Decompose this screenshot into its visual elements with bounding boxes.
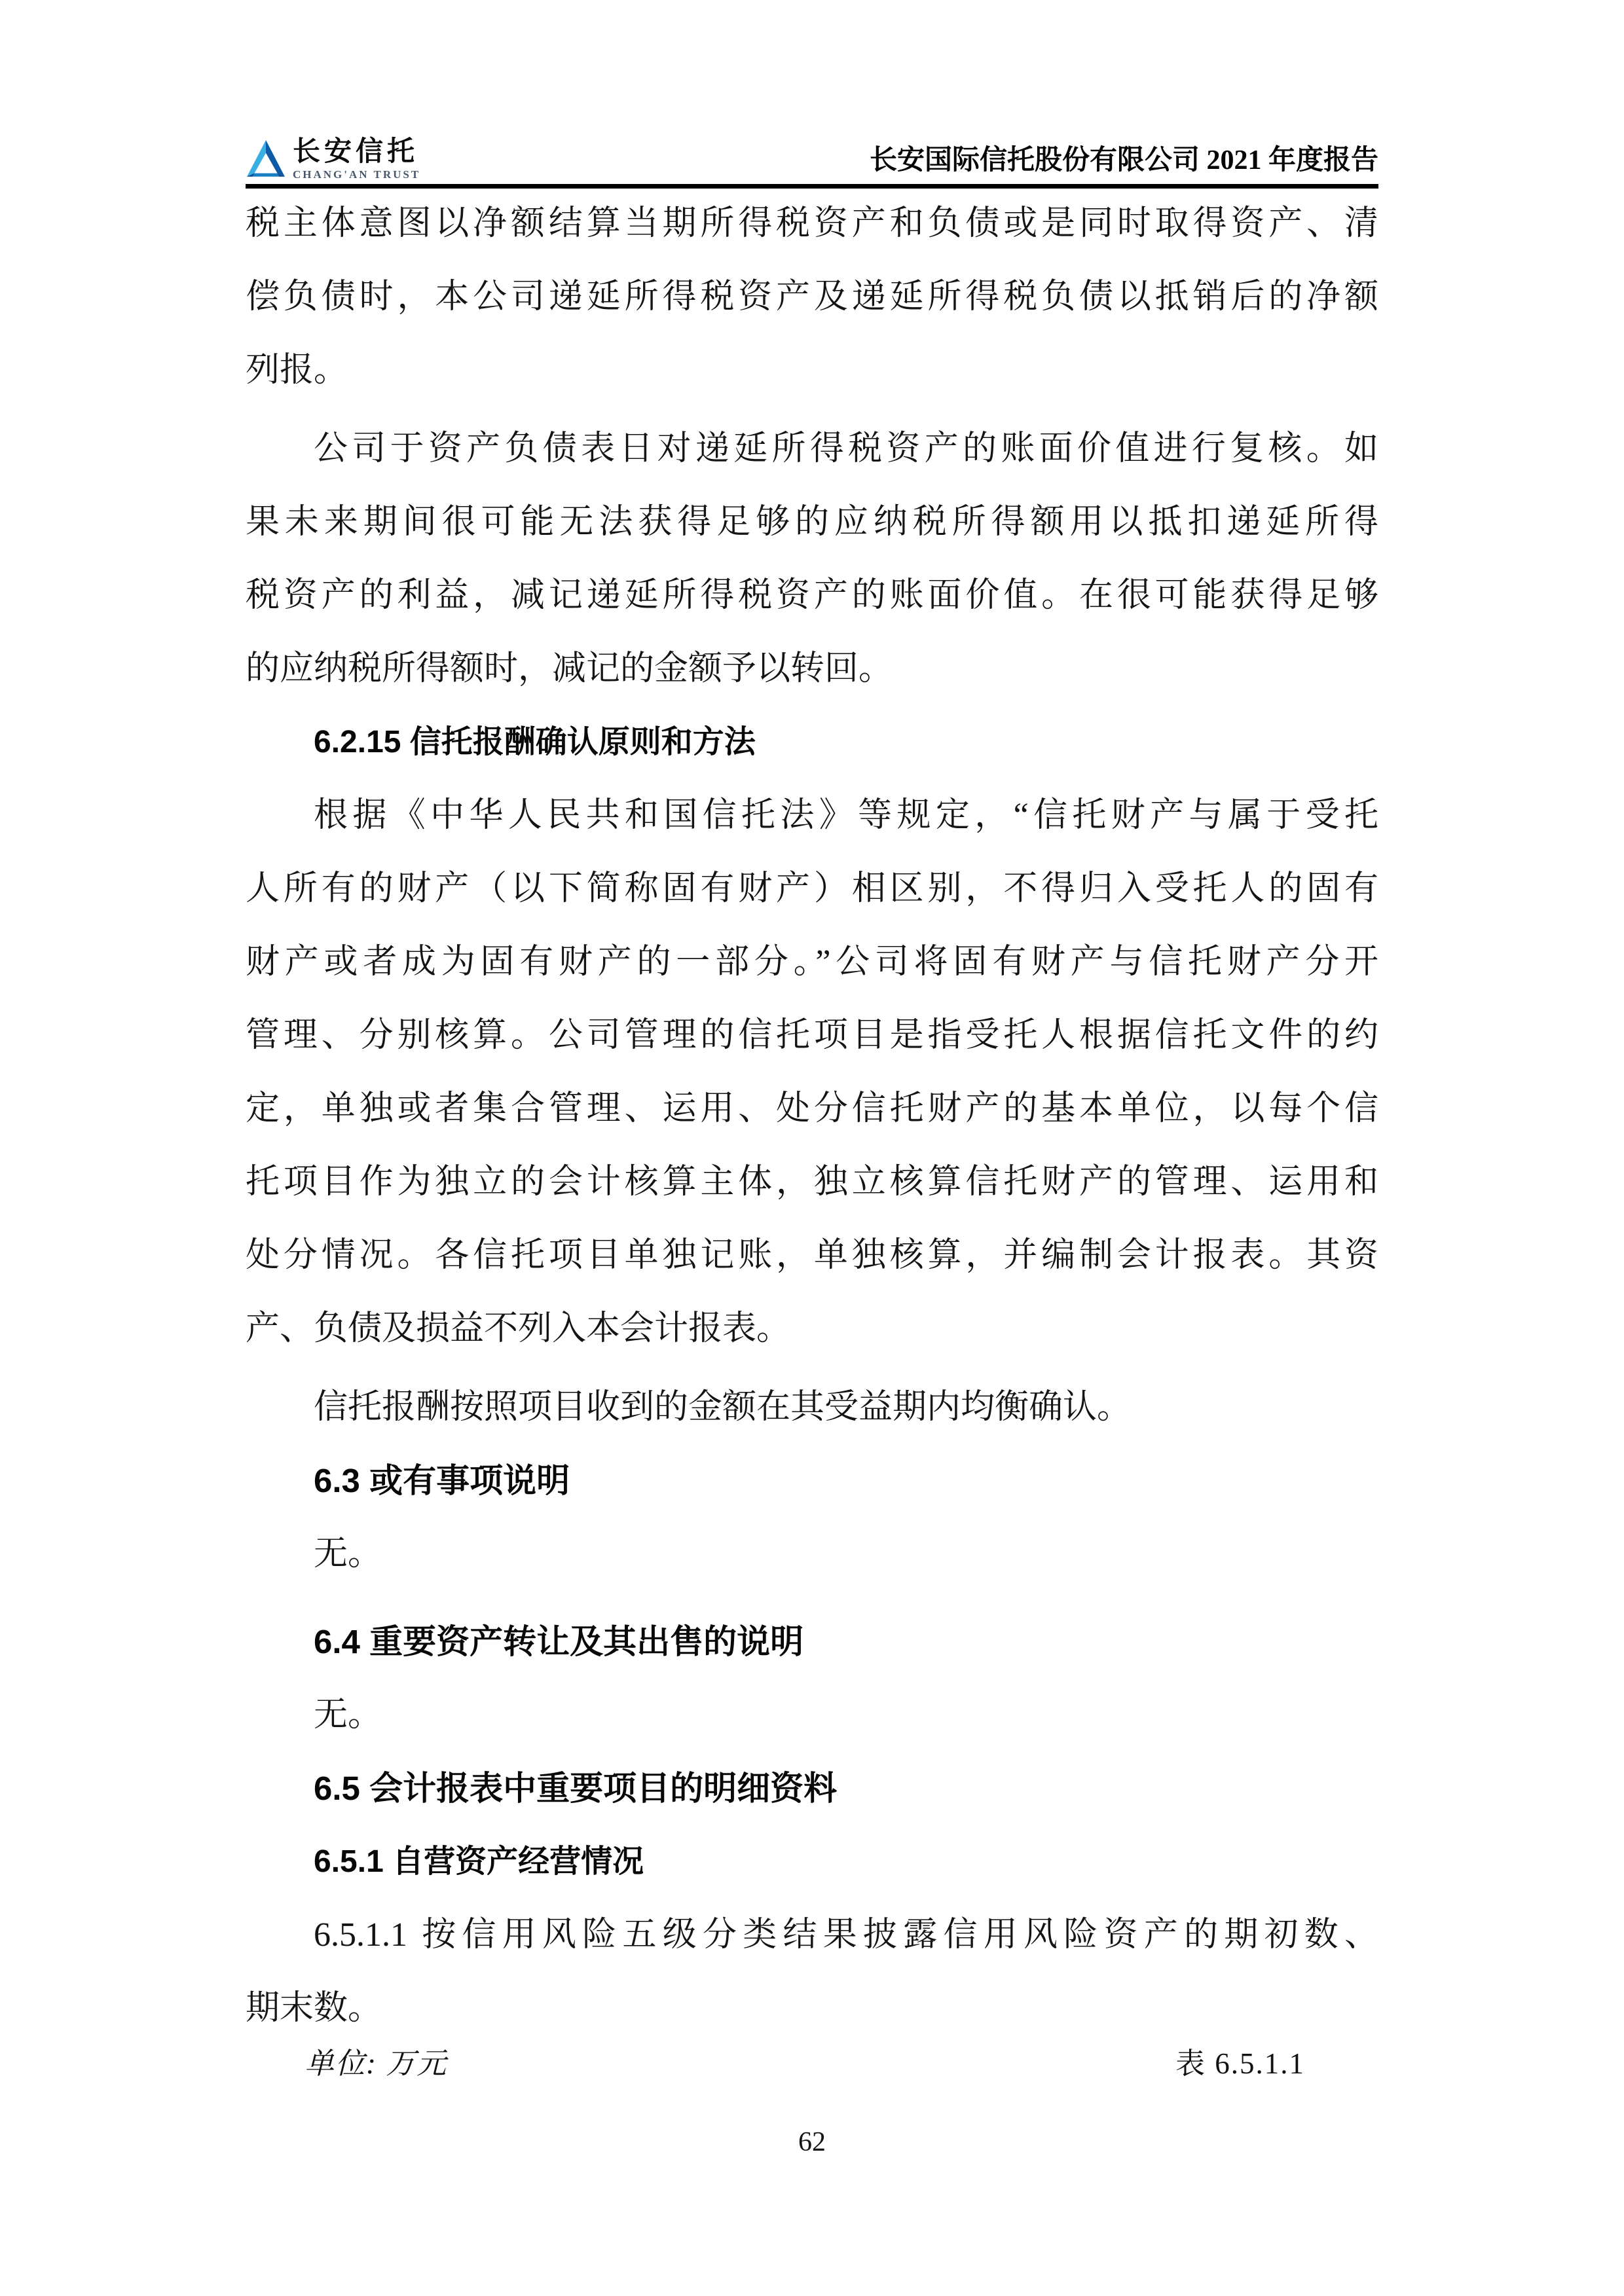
report-page: 长安信托 CHANG'AN TRUST 长安国际信托股份有限公司 2021 年度… (0, 0, 1624, 2296)
heading-6-3: 6.3 或有事项说明 (246, 1444, 1378, 1518)
text-line: 税主体意图以净额结算当期所得税资产和负债或是同时取得资产、清 (246, 187, 1378, 261)
paragraph-trust-fee-recognition: 信托报酬按照项目收到的金额在其受益期内均衡确认。 (246, 1371, 1378, 1444)
text-line: 偿负债时，本公司递延所得税资产及递延所得税负债以抵销后的净额 (246, 261, 1378, 334)
page-header: 长安信托 CHANG'AN TRUST 长安国际信托股份有限公司 2021 年度… (246, 133, 1378, 181)
document-body: 税主体意图以净额结算当期所得税资产和负债或是同时取得资产、清 偿负债时，本公司递… (246, 187, 1378, 2045)
text-line: 根据《中华人民共和国信托法》等规定，“信托财产与属于受托 (246, 779, 1378, 852)
brand-logo: 长安信托 CHANG'AN TRUST (246, 138, 420, 181)
text-line: 财产或者成为固有财产的一部分。”公司将固有财产与信托财产分开 (246, 926, 1378, 999)
text-line: 托项目作为独立的会计核算主体，独立核算信托财产的管理、运用和 (246, 1146, 1378, 1219)
paragraph-trust-property: 根据《中华人民共和国信托法》等规定，“信托财产与属于受托 人所有的财产（以下简称… (246, 779, 1378, 1366)
text-line: 处分情况。各信托项目单独记账，单独核算，并编制会计报表。其资 (246, 1219, 1378, 1292)
paragraph-deferred-tax-review: 公司于资产负债表日对递延所得税资产的账面价值进行复核。如 果未来期间很可能无法获… (246, 412, 1378, 706)
text-line: 公司于资产负债表日对递延所得税资产的账面价值进行复核。如 (246, 412, 1378, 486)
text-line: 果未来期间很可能无法获得足够的应纳税所得额用以抵扣递延所得 (246, 486, 1378, 559)
heading-6-5: 6.5 会计报表中重要项目的明细资料 (246, 1752, 1378, 1825)
report-title: 长安国际信托股份有限公司 2021 年度报告 (870, 138, 1378, 181)
paragraph-none-2: 无。 (246, 1679, 1378, 1752)
text-line: 税资产的利益，减记递延所得税资产的账面价值。在很可能获得足够 (246, 559, 1378, 632)
paragraph-deferred-tax-netting: 税主体意图以净额结算当期所得税资产和负债或是同时取得资产、清 偿负债时，本公司递… (246, 187, 1378, 407)
table-caption-row: 单位: 万元 表 6.5.1.1 (246, 2044, 1378, 2083)
text-line: 产、负债及损益不列入本会计报表。 (246, 1292, 1378, 1366)
text-line: 的应纳税所得额时，减记的金额予以转回。 (246, 632, 1378, 706)
text-line: 定，单独或者集合管理、运用、处分信托财产的基本单位，以每个信 (246, 1072, 1378, 1146)
heading-6-2-15: 6.2.15 信托报酬确认原则和方法 (246, 706, 1378, 779)
page-number: 62 (0, 2126, 1624, 2158)
text-line: 列报。 (246, 334, 1378, 407)
changan-trust-triangle-icon (246, 139, 286, 181)
text-line: 6.5.1.1 按信用风险五级分类结果披露信用风险资产的期初数、 (246, 1899, 1378, 1972)
heading-6-4: 6.4 重要资产转让及其出售的说明 (246, 1605, 1378, 1679)
text-line: 人所有的财产（以下简称固有财产）相区别，不得归入受托人的固有 (246, 852, 1378, 926)
brand-text: 长安信托 CHANG'AN TRUST (293, 138, 420, 181)
paragraph-6-5-1-1: 6.5.1.1 按信用风险五级分类结果披露信用风险资产的期初数、 期末数。 (246, 1899, 1378, 2045)
brand-name-chinese: 长安信托 (293, 138, 420, 166)
heading-6-5-1: 6.5.1 自营资产经营情况 (246, 1825, 1378, 1899)
text-line: 期末数。 (246, 1972, 1378, 2045)
text-line: 管理、分别核算。公司管理的信托项目是指受托人根据信托文件的约 (246, 999, 1378, 1072)
unit-label: 单位: 万元 (246, 2044, 447, 2083)
table-reference: 表 6.5.1.1 (1175, 2044, 1378, 2083)
paragraph-none-1: 无。 (246, 1518, 1378, 1591)
brand-name-english: CHANG'AN TRUST (293, 169, 420, 180)
